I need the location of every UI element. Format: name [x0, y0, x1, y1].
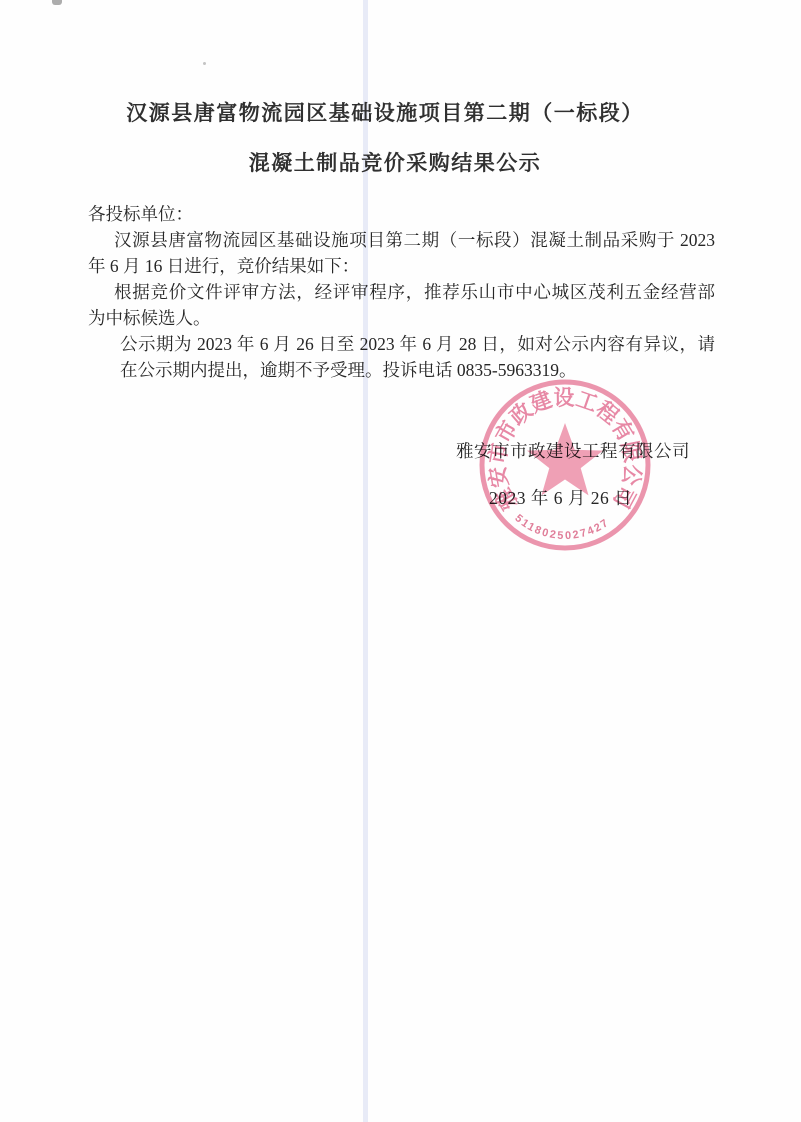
paragraph3-line1: 公示期为 2023 年 6 月 26 日至 2023 年 6 月 28 日，如对…: [88, 331, 715, 357]
scan-speck-top: [52, 0, 62, 5]
paragraph1-line2: 年 6 月 16 日进行，竞价结果如下：: [88, 253, 715, 279]
paragraph2-line2: 为中标候选人。: [88, 305, 715, 331]
scanned-document-page: 汉源县唐富物流园区基础设施项目第二期（一标段） 混凝土制品竞价采购结果公示 各投…: [0, 0, 801, 1122]
document-body: 各投标单位： 汉源县唐富物流园区基础设施项目第二期（一标段）混凝土制品采购于 2…: [88, 201, 715, 383]
document-title-line1: 汉源县唐富物流园区基础设施项目第二期（一标段）: [0, 98, 770, 128]
seal-star-icon: [527, 423, 603, 495]
salutation-line: 各投标单位：: [88, 201, 715, 227]
paragraph1-line1: 汉源县唐富物流园区基础设施项目第二期（一标段）混凝土制品采购于 2023: [88, 227, 715, 253]
paragraph2-line1: 根据竞价文件评审方法，经评审程序，推荐乐山市中心城区茂利五金经营部: [88, 279, 715, 305]
scan-speck-mid: [203, 62, 206, 65]
document-title-line2: 混凝土制品竞价采购结果公示: [10, 148, 780, 178]
company-seal: 雅安市市政建设工程有限公司 5118025027427: [460, 360, 670, 570]
